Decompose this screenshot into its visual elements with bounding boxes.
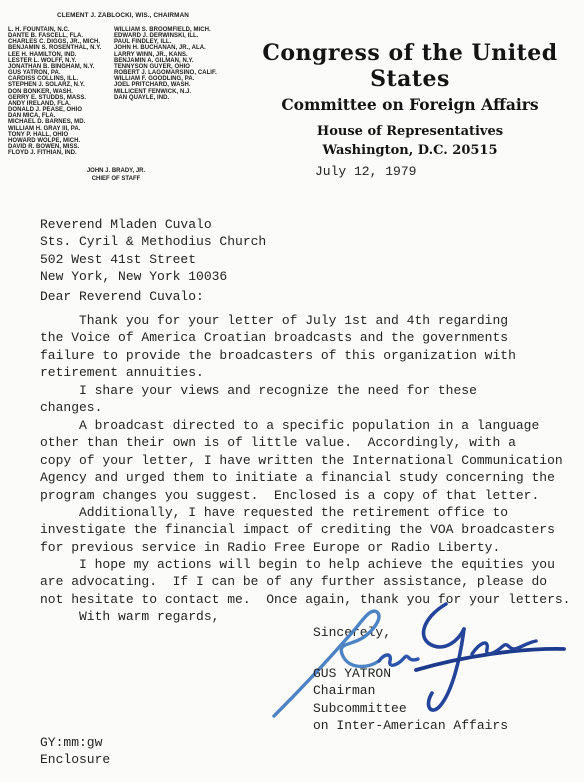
body-paragraph: I share your views and recognize the nee… <box>40 382 477 417</box>
signoff-line: Sincerely, <box>313 624 391 641</box>
letter-date: July 12, 1979 <box>315 163 416 180</box>
reference-initials: GY:mm:gw <box>40 734 102 751</box>
member-list-right: WILLIAM S. BROOMFIELD, MICH. EDWARD J. D… <box>114 27 238 156</box>
staff-name: JOHN J. BRADY, JR. <box>55 168 177 176</box>
body-paragraph: I hope my actions will begin to help ach… <box>40 556 571 608</box>
recipient-address: Reverend Mladen Cuvalo Sts. Cyril & Meth… <box>40 216 266 286</box>
body-paragraph: Thank you for your letter of July 1st an… <box>40 312 516 382</box>
org-name: Congress of the United States <box>252 40 568 92</box>
member-list-left: L. H. FOUNTAIN, N.C. DANTE B. FASCELL, F… <box>8 27 114 156</box>
chamber-name: House of Representatives <box>252 124 568 139</box>
letterhead-member-roster: CLEMENT J. ZABLOCKI, WIS., CHAIRMAN L. H… <box>8 12 238 156</box>
signer-block: GUS YATRON Chairman Subcommittee on Inte… <box>313 665 508 735</box>
salutation: Dear Reverend Cuvalo: <box>40 288 204 305</box>
closing-line: With warm regards, <box>40 608 219 625</box>
body-paragraph: A broadcast directed to a specific popul… <box>40 417 563 504</box>
body-paragraph: Additionally, I have requested the retir… <box>40 504 555 556</box>
chairman-line: CLEMENT J. ZABLOCKI, WIS., CHAIRMAN <box>8 12 238 19</box>
address-line: Washington, D.C. 20515 <box>252 143 568 158</box>
chief-of-staff-block: JOHN J. BRADY, JR. CHIEF OF STAFF <box>55 168 177 183</box>
committee-name: Committee on Foreign Affairs <box>252 95 568 115</box>
enclosure-note: Enclosure <box>40 751 110 768</box>
staff-title: CHIEF OF STAFF <box>55 176 177 184</box>
member-columns: L. H. FOUNTAIN, N.C. DANTE B. FASCELL, F… <box>8 27 238 156</box>
letterhead-organization: Congress of the United States Committee … <box>252 40 568 158</box>
